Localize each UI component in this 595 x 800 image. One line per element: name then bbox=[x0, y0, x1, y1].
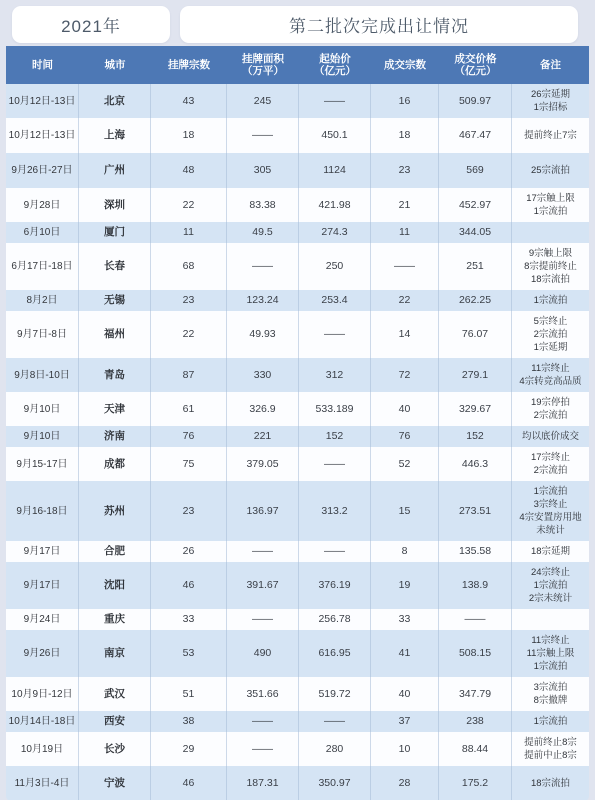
cell-sold-count: 28 bbox=[371, 766, 439, 800]
cell-start-price: 280 bbox=[299, 732, 371, 766]
column-header-listed-count: 挂牌宗数 bbox=[151, 46, 227, 84]
table-row: 11月3日-4日 宁波 46 187.31 350.97 28 175.2 18… bbox=[6, 766, 589, 800]
page: 2021年 第二批次完成出让情况 时间 城市 挂牌宗数 挂牌面积 （万平） 起始… bbox=[0, 0, 595, 800]
cell-start-price: 350.97 bbox=[299, 766, 371, 800]
cell-city: 济南 bbox=[79, 426, 151, 447]
table-row: 10月19日 长沙 29 —— 280 10 88.44 提前终止8宗 提前中止… bbox=[6, 732, 589, 766]
cell-sold-count: 21 bbox=[371, 188, 439, 222]
cell-remark: 18宗延期 bbox=[512, 541, 589, 562]
cell-start-price: 1124 bbox=[299, 153, 371, 188]
cell-remark: 19宗停拍 2宗流拍 bbox=[512, 392, 589, 426]
column-header-listed-area: 挂牌面积 （万平） bbox=[227, 46, 299, 84]
cell-listed-area: 351.66 bbox=[227, 677, 299, 711]
cell-city: 青岛 bbox=[79, 358, 151, 392]
cell-listed-area: 305 bbox=[227, 153, 299, 188]
table-body: 10月12日-13日 北京 43 245 —— 16 509.97 26宗延期 … bbox=[6, 84, 589, 800]
cell-listed-area: 136.97 bbox=[227, 481, 299, 541]
cell-sold-count: 18 bbox=[371, 118, 439, 153]
cell-sold-price: 508.15 bbox=[439, 630, 512, 677]
cell-listed-count: 26 bbox=[151, 541, 227, 562]
cell-date: 10月12日-13日 bbox=[6, 118, 79, 153]
batch-title-label: 第二批次完成出让情况 bbox=[289, 12, 469, 37]
cell-listed-area: 391.67 bbox=[227, 562, 299, 609]
cell-listed-count: 22 bbox=[151, 311, 227, 358]
cell-date: 6月10日 bbox=[6, 222, 79, 243]
cell-start-price: 256.78 bbox=[299, 609, 371, 630]
cell-city: 成都 bbox=[79, 447, 151, 481]
cell-listed-count: 11 bbox=[151, 222, 227, 243]
cell-listed-area: 221 bbox=[227, 426, 299, 447]
year-pill: 2021年 bbox=[12, 6, 170, 43]
cell-sold-price: 279.1 bbox=[439, 358, 512, 392]
cell-sold-count: 41 bbox=[371, 630, 439, 677]
table-row: 9月10日 天津 61 326.9 533.189 40 329.67 19宗停… bbox=[6, 392, 589, 426]
cell-city: 厦门 bbox=[79, 222, 151, 243]
cell-listed-area: 83.38 bbox=[227, 188, 299, 222]
cell-remark bbox=[512, 222, 589, 243]
cell-sold-price: 135.58 bbox=[439, 541, 512, 562]
table-row: 9月8日-10日 青岛 87 330 312 72 279.1 11宗终止 4宗… bbox=[6, 358, 589, 392]
cell-listed-count: 43 bbox=[151, 84, 227, 118]
cell-sold-count: 33 bbox=[371, 609, 439, 630]
cell-start-price: 313.2 bbox=[299, 481, 371, 541]
column-header-remark: 备注 bbox=[512, 46, 589, 84]
cell-sold-count: 10 bbox=[371, 732, 439, 766]
cell-sold-count: 40 bbox=[371, 677, 439, 711]
cell-sold-price: 262.25 bbox=[439, 290, 512, 311]
cell-start-price: —— bbox=[299, 711, 371, 732]
cell-date: 9月26日 bbox=[6, 630, 79, 677]
cell-sold-price: 452.97 bbox=[439, 188, 512, 222]
cell-remark: 9宗触上限 8宗提前终止 18宗流拍 bbox=[512, 243, 589, 290]
table-row: 9月7日-8日 福州 22 49.93 —— 14 76.07 5宗终止 2宗流… bbox=[6, 311, 589, 358]
cell-date: 9月17日 bbox=[6, 541, 79, 562]
cell-listed-count: 76 bbox=[151, 426, 227, 447]
cell-sold-price: 509.97 bbox=[439, 84, 512, 118]
cell-date: 10月9日-12日 bbox=[6, 677, 79, 711]
cell-sold-count: 19 bbox=[371, 562, 439, 609]
cell-sold-price: 76.07 bbox=[439, 311, 512, 358]
cell-listed-count: 87 bbox=[151, 358, 227, 392]
cell-listed-count: 46 bbox=[151, 766, 227, 800]
cell-listed-count: 22 bbox=[151, 188, 227, 222]
cell-date: 9月24日 bbox=[6, 609, 79, 630]
cell-start-price: 312 bbox=[299, 358, 371, 392]
cell-date: 9月28日 bbox=[6, 188, 79, 222]
cell-sold-price: 175.2 bbox=[439, 766, 512, 800]
cell-sold-count: 76 bbox=[371, 426, 439, 447]
cell-sold-count: 22 bbox=[371, 290, 439, 311]
column-header-date: 时间 bbox=[6, 46, 79, 84]
cell-listed-count: 48 bbox=[151, 153, 227, 188]
cell-date: 9月15-17日 bbox=[6, 447, 79, 481]
cell-date: 8月2日 bbox=[6, 290, 79, 311]
table-header-row: 时间 城市 挂牌宗数 挂牌面积 （万平） 起始价 （亿元） 成交宗数 成交价格 … bbox=[6, 46, 589, 84]
table-row: 10月9日-12日 武汉 51 351.66 519.72 40 347.79 … bbox=[6, 677, 589, 711]
cell-remark: 25宗流拍 bbox=[512, 153, 589, 188]
land-auction-table: 时间 城市 挂牌宗数 挂牌面积 （万平） 起始价 （亿元） 成交宗数 成交价格 … bbox=[6, 46, 589, 800]
cell-listed-area: 245 bbox=[227, 84, 299, 118]
cell-sold-price: —— bbox=[439, 609, 512, 630]
cell-remark: 17宗终止 2宗流拍 bbox=[512, 447, 589, 481]
cell-start-price: 450.1 bbox=[299, 118, 371, 153]
year-label: 2021年 bbox=[61, 12, 121, 37]
cell-date: 9月26日-27日 bbox=[6, 153, 79, 188]
cell-date: 10月14日-18日 bbox=[6, 711, 79, 732]
cell-sold-count: 37 bbox=[371, 711, 439, 732]
cell-date: 9月8日-10日 bbox=[6, 358, 79, 392]
cell-start-price: —— bbox=[299, 311, 371, 358]
cell-city: 无锡 bbox=[79, 290, 151, 311]
table-row: 8月2日 无锡 23 123.24 253.4 22 262.25 1宗流拍 bbox=[6, 290, 589, 311]
cell-remark: 24宗终止 1宗流拍 2宗未统计 bbox=[512, 562, 589, 609]
cell-listed-count: 18 bbox=[151, 118, 227, 153]
cell-listed-count: 75 bbox=[151, 447, 227, 481]
cell-date: 9月16-18日 bbox=[6, 481, 79, 541]
cell-date: 9月17日 bbox=[6, 562, 79, 609]
cell-listed-area: —— bbox=[227, 118, 299, 153]
cell-sold-price: 329.67 bbox=[439, 392, 512, 426]
cell-city: 北京 bbox=[79, 84, 151, 118]
cell-remark: 提前终止7宗 bbox=[512, 118, 589, 153]
column-header-start-price: 起始价 （亿元） bbox=[299, 46, 371, 84]
cell-sold-count: 15 bbox=[371, 481, 439, 541]
cell-date: 11月3日-4日 bbox=[6, 766, 79, 800]
cell-sold-count: 72 bbox=[371, 358, 439, 392]
column-header-sold-price: 成交价格 （亿元） bbox=[439, 46, 512, 84]
cell-city: 福州 bbox=[79, 311, 151, 358]
cell-sold-price: 273.51 bbox=[439, 481, 512, 541]
cell-listed-count: 33 bbox=[151, 609, 227, 630]
cell-remark: 1宗流拍 bbox=[512, 711, 589, 732]
title-bar: 2021年 第二批次完成出让情况 bbox=[0, 6, 595, 44]
cell-sold-price: 152 bbox=[439, 426, 512, 447]
cell-listed-area: 49.93 bbox=[227, 311, 299, 358]
cell-listed-area: —— bbox=[227, 243, 299, 290]
cell-city: 长春 bbox=[79, 243, 151, 290]
cell-sold-price: 446.3 bbox=[439, 447, 512, 481]
cell-sold-price: 569 bbox=[439, 153, 512, 188]
table-row: 10月12日-13日 上海 18 —— 450.1 18 467.47 提前终止… bbox=[6, 118, 589, 153]
cell-city: 南京 bbox=[79, 630, 151, 677]
cell-sold-count: 40 bbox=[371, 392, 439, 426]
cell-start-price: 250 bbox=[299, 243, 371, 290]
cell-remark: 17宗触上限 1宗流拍 bbox=[512, 188, 589, 222]
cell-sold-price: 138.9 bbox=[439, 562, 512, 609]
cell-sold-price: 238 bbox=[439, 711, 512, 732]
table-row: 9月26日-27日 广州 48 305 1124 23 569 25宗流拍 bbox=[6, 153, 589, 188]
cell-sold-price: 467.47 bbox=[439, 118, 512, 153]
column-header-city: 城市 bbox=[79, 46, 151, 84]
cell-sold-count: 23 bbox=[371, 153, 439, 188]
cell-sold-count: 16 bbox=[371, 84, 439, 118]
cell-listed-count: 51 bbox=[151, 677, 227, 711]
cell-listed-area: 187.31 bbox=[227, 766, 299, 800]
cell-date: 9月10日 bbox=[6, 392, 79, 426]
cell-listed-count: 29 bbox=[151, 732, 227, 766]
cell-city: 西安 bbox=[79, 711, 151, 732]
cell-listed-count: 68 bbox=[151, 243, 227, 290]
cell-remark: 11宗终止 11宗触上限 1宗流拍 bbox=[512, 630, 589, 677]
cell-city: 苏州 bbox=[79, 481, 151, 541]
cell-start-price: 376.19 bbox=[299, 562, 371, 609]
cell-remark: 3宗流拍 8宗撤牌 bbox=[512, 677, 589, 711]
cell-listed-count: 23 bbox=[151, 290, 227, 311]
cell-city: 上海 bbox=[79, 118, 151, 153]
cell-city: 广州 bbox=[79, 153, 151, 188]
cell-listed-area: 379.05 bbox=[227, 447, 299, 481]
cell-date: 6月17日-18日 bbox=[6, 243, 79, 290]
cell-listed-count: 38 bbox=[151, 711, 227, 732]
cell-city: 合肥 bbox=[79, 541, 151, 562]
batch-title-pill: 第二批次完成出让情况 bbox=[180, 6, 578, 43]
cell-listed-count: 46 bbox=[151, 562, 227, 609]
cell-city: 武汉 bbox=[79, 677, 151, 711]
cell-remark: 18宗流拍 bbox=[512, 766, 589, 800]
cell-remark: 11宗终止 4宗转竞高品质 bbox=[512, 358, 589, 392]
table-row: 9月28日 深圳 22 83.38 421.98 21 452.97 17宗触上… bbox=[6, 188, 589, 222]
cell-listed-area: —— bbox=[227, 711, 299, 732]
table-row: 10月14日-18日 西安 38 —— —— 37 238 1宗流拍 bbox=[6, 711, 589, 732]
cell-city: 沈阳 bbox=[79, 562, 151, 609]
cell-start-price: 519.72 bbox=[299, 677, 371, 711]
cell-sold-count: 8 bbox=[371, 541, 439, 562]
cell-remark bbox=[512, 609, 589, 630]
cell-city: 长沙 bbox=[79, 732, 151, 766]
cell-listed-area: 490 bbox=[227, 630, 299, 677]
cell-listed-area: 123.24 bbox=[227, 290, 299, 311]
cell-sold-price: 347.79 bbox=[439, 677, 512, 711]
cell-date: 10月19日 bbox=[6, 732, 79, 766]
cell-listed-area: —— bbox=[227, 609, 299, 630]
table-row: 6月10日 厦门 11 49.5 274.3 11 344.05 bbox=[6, 222, 589, 243]
cell-start-price: 616.95 bbox=[299, 630, 371, 677]
cell-start-price: 274.3 bbox=[299, 222, 371, 243]
column-header-sold-count: 成交宗数 bbox=[371, 46, 439, 84]
cell-listed-area: —— bbox=[227, 732, 299, 766]
cell-listed-area: —— bbox=[227, 541, 299, 562]
table-row: 9月15-17日 成都 75 379.05 —— 52 446.3 17宗终止 … bbox=[6, 447, 589, 481]
cell-sold-count: 11 bbox=[371, 222, 439, 243]
cell-remark: 均以底价成交 bbox=[512, 426, 589, 447]
cell-date: 9月7日-8日 bbox=[6, 311, 79, 358]
cell-listed-area: 330 bbox=[227, 358, 299, 392]
cell-remark: 1宗流拍 3宗终止 4宗安置房用地 未统计 bbox=[512, 481, 589, 541]
table-row: 9月16-18日 苏州 23 136.97 313.2 15 273.51 1宗… bbox=[6, 481, 589, 541]
cell-sold-price: 88.44 bbox=[439, 732, 512, 766]
table-row: 6月17日-18日 长春 68 —— 250 —— 251 9宗触上限 8宗提前… bbox=[6, 243, 589, 290]
cell-listed-count: 23 bbox=[151, 481, 227, 541]
cell-sold-count: 14 bbox=[371, 311, 439, 358]
table-row: 9月17日 沈阳 46 391.67 376.19 19 138.9 24宗终止… bbox=[6, 562, 589, 609]
cell-city: 宁波 bbox=[79, 766, 151, 800]
cell-city: 深圳 bbox=[79, 188, 151, 222]
cell-start-price: 253.4 bbox=[299, 290, 371, 311]
table-row: 9月10日 济南 76 221 152 76 152 均以底价成交 bbox=[6, 426, 589, 447]
cell-listed-area: 326.9 bbox=[227, 392, 299, 426]
cell-city: 天津 bbox=[79, 392, 151, 426]
cell-start-price: —— bbox=[299, 541, 371, 562]
cell-listed-area: 49.5 bbox=[227, 222, 299, 243]
cell-remark: 26宗延期 1宗招标 bbox=[512, 84, 589, 118]
cell-sold-count: 52 bbox=[371, 447, 439, 481]
table-row: 9月26日 南京 53 490 616.95 41 508.15 11宗终止 1… bbox=[6, 630, 589, 677]
cell-start-price: 152 bbox=[299, 426, 371, 447]
cell-listed-count: 53 bbox=[151, 630, 227, 677]
cell-date: 9月10日 bbox=[6, 426, 79, 447]
cell-date: 10月12日-13日 bbox=[6, 84, 79, 118]
cell-sold-price: 344.05 bbox=[439, 222, 512, 243]
cell-start-price: —— bbox=[299, 84, 371, 118]
cell-remark: 5宗终止 2宗流拍 1宗延期 bbox=[512, 311, 589, 358]
cell-remark: 1宗流拍 bbox=[512, 290, 589, 311]
cell-sold-count: —— bbox=[371, 243, 439, 290]
cell-start-price: 421.98 bbox=[299, 188, 371, 222]
table-row: 9月17日 合肥 26 —— —— 8 135.58 18宗延期 bbox=[6, 541, 589, 562]
table-row: 10月12日-13日 北京 43 245 —— 16 509.97 26宗延期 … bbox=[6, 84, 589, 118]
table-row: 9月24日 重庆 33 —— 256.78 33 —— bbox=[6, 609, 589, 630]
cell-city: 重庆 bbox=[79, 609, 151, 630]
cell-listed-count: 61 bbox=[151, 392, 227, 426]
cell-start-price: —— bbox=[299, 447, 371, 481]
cell-sold-price: 251 bbox=[439, 243, 512, 290]
cell-start-price: 533.189 bbox=[299, 392, 371, 426]
cell-remark: 提前终止8宗 提前中止8宗 bbox=[512, 732, 589, 766]
